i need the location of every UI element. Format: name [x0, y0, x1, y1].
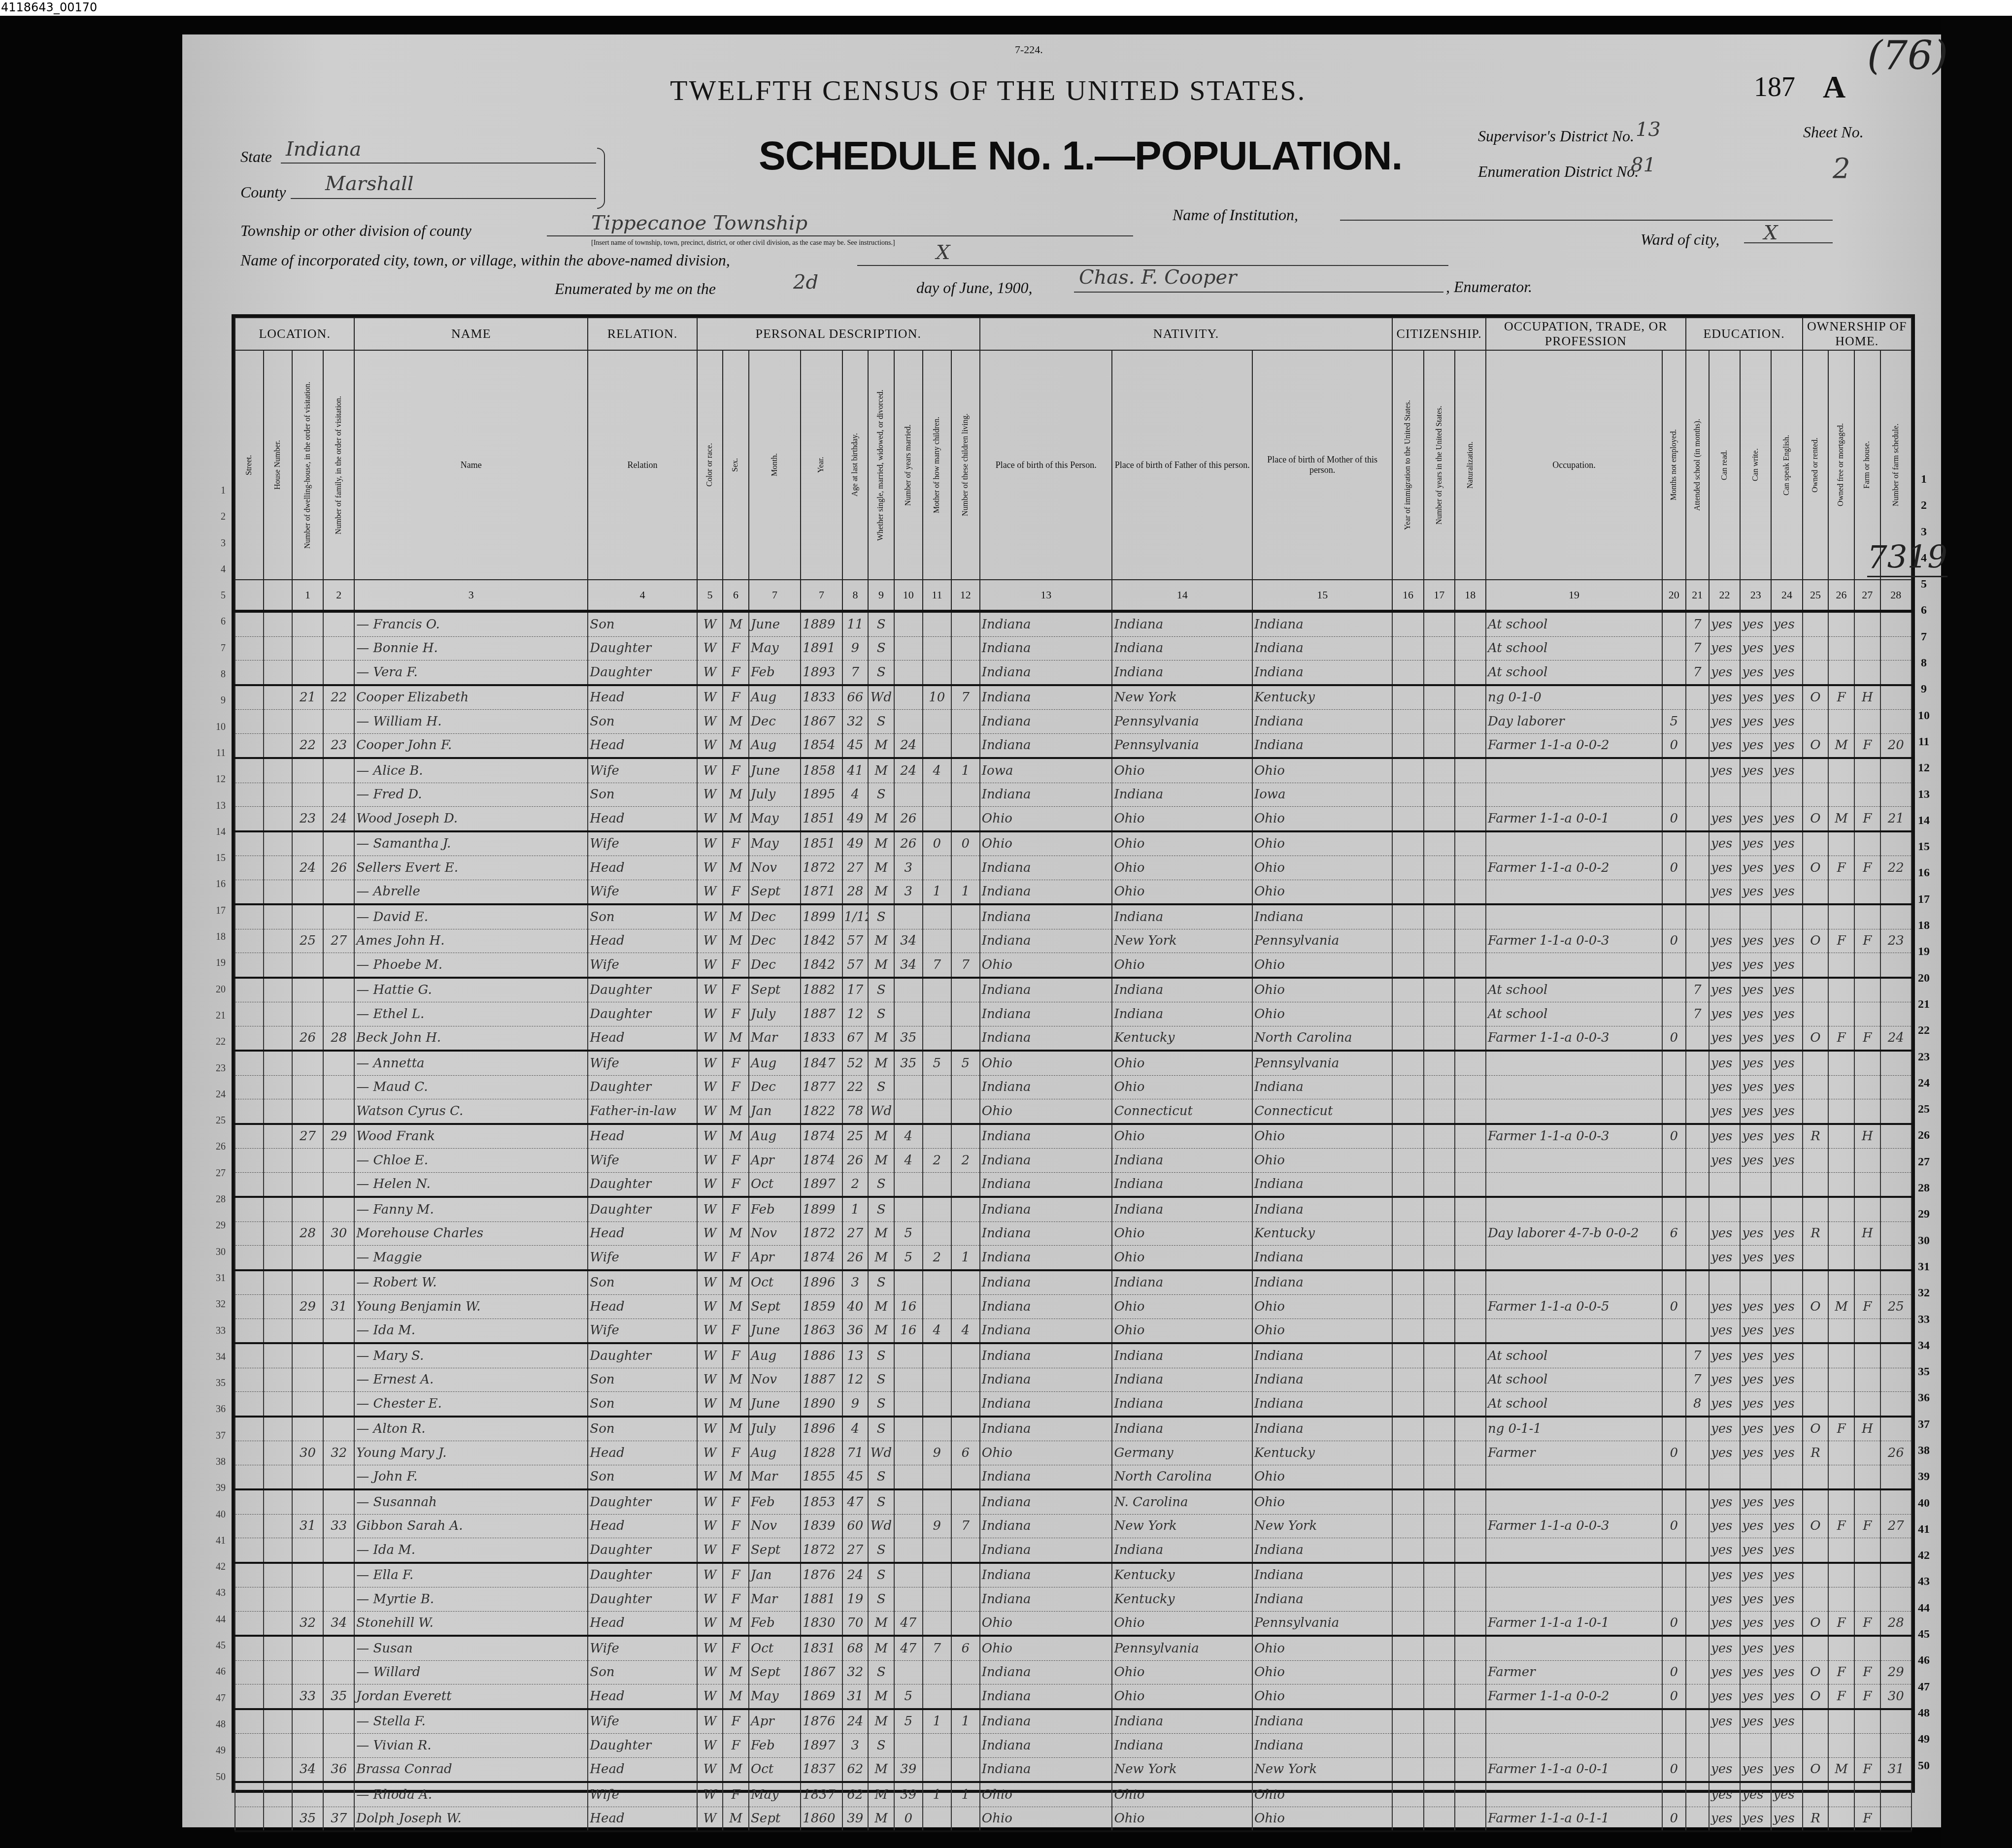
- cell-name: Wood Joseph D.: [354, 807, 588, 831]
- cell-une: 0: [1662, 1660, 1685, 1684]
- cell-une: [1662, 636, 1685, 660]
- cell-mc: [923, 660, 951, 685]
- cell-wr: yes: [1740, 831, 1771, 856]
- line-number: 38: [206, 1456, 226, 1483]
- cell-occ: At school: [1486, 611, 1662, 636]
- table-row: — Myrtie B.DaughterWFMar188119SIndianaKe…: [235, 1587, 1911, 1612]
- cell-rd: yes: [1709, 1684, 1740, 1709]
- cell-en: yes: [1771, 733, 1802, 758]
- cell-ms: M: [868, 1149, 894, 1173]
- cell-ms: S: [868, 1343, 894, 1368]
- cell-empty: [1455, 1417, 1486, 1441]
- cell-sex: M: [723, 710, 749, 734]
- cell-empty: [235, 611, 264, 636]
- cell-empty: [1424, 1392, 1455, 1417]
- line-number: 6: [1911, 604, 1936, 630]
- cell-empty: [235, 1343, 264, 1368]
- cell-mc: [923, 1660, 951, 1684]
- cell-wr: yes: [1740, 1368, 1771, 1392]
- cell-name: Stonehill W.: [354, 1611, 588, 1636]
- cell-empty: [1455, 685, 1486, 710]
- cell-rd: yes: [1709, 1246, 1740, 1270]
- cell-sch: [1686, 807, 1709, 831]
- line-number: 19: [206, 957, 226, 984]
- cell-occ: [1486, 1734, 1662, 1758]
- cell-fs: [1880, 636, 1911, 660]
- cell-age: 3: [842, 1270, 869, 1295]
- cell-rel: Daughter: [588, 1538, 697, 1563]
- cell-empty: [1424, 733, 1455, 758]
- cell-fs: [1880, 978, 1911, 1002]
- cell-race: W: [697, 1587, 723, 1612]
- line-number: 21: [206, 1010, 226, 1036]
- column-header: Naturalization.: [1455, 350, 1486, 580]
- cell-sex: M: [723, 1099, 749, 1124]
- enumerator-name: Chas. F. Cooper: [1079, 266, 1237, 289]
- cell-fs: [1880, 1149, 1911, 1173]
- cell-age: 45: [842, 733, 869, 758]
- cell-yr: 1833: [801, 1026, 842, 1051]
- cell-pob: Indiana: [980, 1026, 1112, 1051]
- cell-mort: [1828, 1392, 1854, 1417]
- cell-fh: F: [1854, 1684, 1880, 1709]
- cell-cl: [951, 1417, 980, 1441]
- cell-empty: [1455, 1489, 1486, 1514]
- cell-fpob: Ohio: [1112, 807, 1252, 831]
- line-number: 10: [206, 722, 226, 748]
- cell-mpob: Indiana: [1252, 1075, 1392, 1099]
- cell-occ: Farmer 1-1-a 0-0-3: [1486, 929, 1662, 953]
- cell-une: [1662, 831, 1685, 856]
- cell-ym: [894, 783, 923, 807]
- cell-empty: [264, 1368, 292, 1392]
- schedule-title: SCHEDULE No. 1.—POPULATION.: [759, 133, 1402, 179]
- cell-fh: [1854, 1392, 1880, 1417]
- cell-fpob: Ohio: [1112, 1319, 1252, 1343]
- cell-own: [1803, 904, 1829, 929]
- cell-ym: [894, 611, 923, 636]
- cell-mc: 1: [923, 880, 951, 904]
- cell-age: 67: [842, 1026, 869, 1051]
- cell-empty: [264, 1295, 292, 1319]
- cell-mort: F: [1828, 1684, 1854, 1709]
- cell-cl: 6: [951, 1441, 980, 1465]
- cell-fs: 25: [1880, 1295, 1911, 1319]
- cell-empty: [235, 1757, 264, 1782]
- cell-mon: Apr: [749, 1149, 801, 1173]
- cell-une: [1662, 1051, 1685, 1075]
- cell-race: W: [697, 783, 723, 807]
- cell-une: 0: [1662, 929, 1685, 953]
- cell-mc: [923, 1392, 951, 1417]
- cell-rel: Head: [588, 1221, 697, 1246]
- table-row: 2426Sellers Evert E.HeadWMNov187227M3Ind…: [235, 856, 1911, 880]
- cell-mpob: Ohio: [1252, 880, 1392, 904]
- cell-empty: [1392, 880, 1423, 904]
- line-number: 20: [206, 984, 226, 1010]
- cell-occ: [1486, 1636, 1662, 1660]
- cell-wr: yes: [1740, 1636, 1771, 1660]
- column-number: 22: [1709, 580, 1740, 611]
- cell-empty: [235, 929, 264, 953]
- cell-une: 0: [1662, 1026, 1685, 1051]
- cell-rel: Wife: [588, 1636, 697, 1660]
- cell-race: W: [697, 1149, 723, 1173]
- cell-en: yes: [1771, 1075, 1802, 1099]
- cell-rel: Head: [588, 685, 697, 710]
- cell-une: [1662, 1392, 1685, 1417]
- cell-mc: [923, 1343, 951, 1368]
- cell-name: — Fanny M.: [354, 1197, 588, 1221]
- ward-line: [1744, 242, 1833, 243]
- cell-mon: May: [749, 636, 801, 660]
- cell-fpob: Connecticut: [1112, 1099, 1252, 1124]
- cell-own: O: [1803, 1684, 1829, 1709]
- cell-pob: Indiana: [980, 1149, 1112, 1173]
- cell-fs: [1880, 1563, 1911, 1587]
- line-number: 26: [206, 1141, 226, 1167]
- cell-empty: [1424, 1757, 1455, 1782]
- cell-empty: [235, 1051, 264, 1075]
- column-number: 20: [1662, 580, 1685, 611]
- cell-fpob: Indiana: [1112, 611, 1252, 636]
- cell-mon: Oct: [749, 1636, 801, 1660]
- table-row: — MaggieWifeWFApr187426M521IndianaOhioIn…: [235, 1246, 1911, 1270]
- column-header: Place of birth of this Person.: [980, 350, 1112, 580]
- cell-rel: Head: [588, 1684, 697, 1709]
- cell-une: [1662, 1417, 1685, 1441]
- cell-fs: [1880, 880, 1911, 904]
- cell-yr: 1896: [801, 1417, 842, 1441]
- cell-rel: Wife: [588, 1246, 697, 1270]
- cell-dw: [292, 1587, 323, 1612]
- cell-wr: yes: [1740, 660, 1771, 685]
- cell-une: 0: [1662, 1124, 1685, 1149]
- cell-une: [1662, 904, 1685, 929]
- column-header: Relation: [588, 350, 697, 580]
- cell-name: — Abrelle: [354, 880, 588, 904]
- group-personal: PERSONAL DESCRIPTION.: [697, 318, 980, 350]
- cell-sex: F: [723, 1734, 749, 1758]
- cell-mpob: Ohio: [1252, 1782, 1392, 1807]
- cell-ym: 5: [894, 1684, 923, 1709]
- cell-own: O: [1803, 1514, 1829, 1538]
- cell-empty: [264, 1514, 292, 1538]
- table-row: — Vivian R.DaughterWFFeb18973SIndianaInd…: [235, 1734, 1911, 1758]
- cell-yr: 1872: [801, 1538, 842, 1563]
- cell-own: [1803, 1172, 1829, 1197]
- cell-empty: [264, 1197, 292, 1221]
- cell-une: [1662, 1587, 1685, 1612]
- cell-mpob: Pennsylvania: [1252, 1051, 1392, 1075]
- cell-fpob: Ohio: [1112, 1807, 1252, 1831]
- cell-mc: [923, 1417, 951, 1441]
- cell-occ: [1486, 1051, 1662, 1075]
- cell-ms: M: [868, 1807, 894, 1831]
- cell-sch: [1686, 1465, 1709, 1489]
- cell-empty: [235, 1782, 264, 1807]
- cell-rel: Wife: [588, 1709, 697, 1734]
- cell-cl: [951, 904, 980, 929]
- table-row: — Alton R.SonWMJuly18964SIndianaIndianaI…: [235, 1417, 1911, 1441]
- cell-cl: [951, 1684, 980, 1709]
- cell-empty: [1424, 1489, 1455, 1514]
- cell-occ: Farmer 1-1-a 0-0-3: [1486, 1514, 1662, 1538]
- cell-mpob: Ohio: [1252, 953, 1392, 978]
- cell-rd: yes: [1709, 1124, 1740, 1149]
- cell-rel: Son: [588, 710, 697, 734]
- cell-mpob: Indiana: [1252, 611, 1392, 636]
- cell-fpob: Indiana: [1112, 1734, 1252, 1758]
- cell-fpob: Pennsylvania: [1112, 1636, 1252, 1660]
- line-number: 16: [206, 879, 226, 905]
- cell-ms: S: [868, 1465, 894, 1489]
- cell-dw: [292, 1172, 323, 1197]
- cell-dw: [292, 1734, 323, 1758]
- cell-rel: Wife: [588, 758, 697, 783]
- cell-yr: 1842: [801, 929, 842, 953]
- cell-fpob: New York: [1112, 685, 1252, 710]
- cell-fam: 26: [323, 856, 354, 880]
- population-table: LOCATION. NAME RELATION. PERSONAL DESCRI…: [232, 314, 1915, 1793]
- cell-empty: [264, 1124, 292, 1149]
- cell-age: 52: [842, 1051, 869, 1075]
- cell-ym: 35: [894, 1051, 923, 1075]
- cell-name: Young Mary J.: [354, 1441, 588, 1465]
- cell-sch: 7: [1686, 978, 1709, 1002]
- cell-sex: F: [723, 978, 749, 1002]
- cell-age: 12: [842, 1368, 869, 1392]
- cell-dw: [292, 1075, 323, 1099]
- table-row: 2830Morehouse CharlesHeadWMNov187227M5In…: [235, 1221, 1911, 1246]
- cell-name: Jordan Everett: [354, 1684, 588, 1709]
- cell-pob: Ohio: [980, 1636, 1112, 1660]
- cell-rd: yes: [1709, 1075, 1740, 1099]
- cell-sch: [1686, 1807, 1709, 1831]
- cell-yr: 1887: [801, 1368, 842, 1392]
- cell-name: — Maggie: [354, 1246, 588, 1270]
- cell-fam: 35: [323, 1684, 354, 1709]
- cell-fam: [323, 636, 354, 660]
- cell-empty: [235, 1417, 264, 1441]
- cell-empty: [1424, 904, 1455, 929]
- cell-mc: 2: [923, 1246, 951, 1270]
- cell-sex: M: [723, 1221, 749, 1246]
- cell-own: [1803, 1075, 1829, 1099]
- cell-mort: M: [1828, 807, 1854, 831]
- cell-empty: [235, 1221, 264, 1246]
- cell-own: [1803, 1636, 1829, 1660]
- cell-mon: Dec: [749, 904, 801, 929]
- cell-race: W: [697, 1684, 723, 1709]
- cell-own: [1803, 660, 1829, 685]
- cell-empty: [264, 1075, 292, 1099]
- cell-rd: yes: [1709, 1343, 1740, 1368]
- cell-fpob: Ohio: [1112, 758, 1252, 783]
- cell-en: yes: [1771, 1295, 1802, 1319]
- cell-mpob: Ohio: [1252, 1465, 1392, 1489]
- cell-empty: [264, 783, 292, 807]
- cell-mon: Sept: [749, 978, 801, 1002]
- cell-fam: [323, 660, 354, 685]
- cell-rel: Daughter: [588, 1075, 697, 1099]
- cell-ms: M: [868, 1221, 894, 1246]
- cell-dw: [292, 611, 323, 636]
- cell-ym: [894, 1417, 923, 1441]
- cell-name: — Helen N.: [354, 1172, 588, 1197]
- cell-empty: [1392, 1368, 1423, 1392]
- cell-occ: Farmer 1-1-a 0-0-2: [1486, 1684, 1662, 1709]
- line-number: 26: [1911, 1129, 1936, 1155]
- column-number: 15: [1252, 580, 1392, 611]
- cell-ym: 39: [894, 1782, 923, 1807]
- column-number: 10: [894, 580, 923, 611]
- cell-empty: [235, 953, 264, 978]
- cell-empty: [1455, 1051, 1486, 1075]
- line-number: 22: [1911, 1024, 1936, 1050]
- column-number: [264, 580, 292, 611]
- cell-rel: Daughter: [588, 1002, 697, 1026]
- line-number: 29: [1911, 1208, 1936, 1234]
- line-number: 31: [1911, 1260, 1936, 1287]
- cell-en: yes: [1771, 710, 1802, 734]
- cell-pob: Ohio: [980, 953, 1112, 978]
- line-number: 25: [1911, 1103, 1936, 1129]
- table-row: 2223Cooper John F.HeadWMAug185445M24Indi…: [235, 733, 1911, 758]
- cell-ym: [894, 1465, 923, 1489]
- cell-mon: Nov: [749, 856, 801, 880]
- cell-age: 9: [842, 1392, 869, 1417]
- cell-fpob: Indiana: [1112, 1002, 1252, 1026]
- table-row: 2324Wood Joseph D.HeadWMMay185149M26Ohio…: [235, 807, 1911, 831]
- cell-fam: [323, 1149, 354, 1173]
- line-number: 15: [1911, 840, 1936, 866]
- cell-fs: [1880, 1172, 1911, 1197]
- cell-en: [1771, 904, 1802, 929]
- cell-age: 32: [842, 1660, 869, 1684]
- cell-fam: 30: [323, 1221, 354, 1246]
- township-label: Township or other division of county: [240, 222, 471, 240]
- cell-sex: M: [723, 1684, 749, 1709]
- cell-race: W: [697, 831, 723, 856]
- cell-fs: 21: [1880, 807, 1911, 831]
- cell-name: — Rhoda A.: [354, 1782, 588, 1807]
- line-number: 12: [206, 774, 226, 800]
- table-row: — Fanny M.DaughterWFFeb18991SIndianaIndi…: [235, 1197, 1911, 1221]
- cell-sch: [1686, 783, 1709, 807]
- cell-mon: Sept: [749, 1807, 801, 1831]
- cell-sch: [1686, 1319, 1709, 1343]
- cell-fam: 27: [323, 929, 354, 953]
- cell-mon: Oct: [749, 1172, 801, 1197]
- cell-fs: [1880, 1221, 1911, 1246]
- cell-ms: Wd: [868, 1099, 894, 1124]
- cell-empty: [1424, 1441, 1455, 1465]
- census-title: TWELFTH CENSUS OF THE UNITED STATES.: [670, 74, 1306, 107]
- cell-empty: [1424, 929, 1455, 953]
- cell-yr: 1860: [801, 1807, 842, 1831]
- cell-rel: Daughter: [588, 1734, 697, 1758]
- table-row: — Ida M.WifeWFJune186336M1644IndianaOhio…: [235, 1319, 1911, 1343]
- cell-own: [1803, 1368, 1829, 1392]
- cell-empty: [1455, 807, 1486, 831]
- cell-pob: Indiana: [980, 1734, 1112, 1758]
- cell-mc: [923, 1197, 951, 1221]
- cell-rel: Daughter: [588, 1489, 697, 1514]
- cell-name: — Alice B.: [354, 758, 588, 783]
- cell-fs: [1880, 660, 1911, 685]
- cell-sch: [1686, 1149, 1709, 1173]
- cell-empty: [264, 1343, 292, 1368]
- cell-en: [1771, 1197, 1802, 1221]
- cell-ym: [894, 1514, 923, 1538]
- cell-empty: [1424, 1221, 1455, 1246]
- cell-ms: S: [868, 904, 894, 929]
- cell-ym: 35: [894, 1026, 923, 1051]
- cell-mort: [1828, 1221, 1854, 1246]
- cell-en: yes: [1771, 1709, 1802, 1734]
- cell-sch: [1686, 1782, 1709, 1807]
- cell-empty: [1392, 1465, 1423, 1489]
- cell-own: O: [1803, 1757, 1829, 1782]
- cell-sch: [1686, 1075, 1709, 1099]
- cell-mon: Aug: [749, 1051, 801, 1075]
- cell-fh: F: [1854, 1295, 1880, 1319]
- cell-cl: [951, 1660, 980, 1684]
- line-number: 18: [206, 931, 226, 957]
- cell-mpob: Ohio: [1252, 1319, 1392, 1343]
- line-number: 45: [1911, 1628, 1936, 1654]
- cell-mon: Mar: [749, 1026, 801, 1051]
- cell-empty: [235, 685, 264, 710]
- cell-fpob: Ohio: [1112, 1075, 1252, 1099]
- cell-empty: [1455, 856, 1486, 880]
- cell-name: — Susan: [354, 1636, 588, 1660]
- cell-wr: yes: [1740, 1392, 1771, 1417]
- cell-own: [1803, 1246, 1829, 1270]
- cell-rel: Head: [588, 1026, 697, 1051]
- cell-une: 0: [1662, 1514, 1685, 1538]
- cell-own: [1803, 1489, 1829, 1514]
- cell-fh: [1854, 1099, 1880, 1124]
- cell-pob: Indiana: [980, 1465, 1112, 1489]
- cell-occ: [1486, 953, 1662, 978]
- cell-mon: Sept: [749, 1295, 801, 1319]
- cell-rd: [1709, 1465, 1740, 1489]
- cell-race: W: [697, 1538, 723, 1563]
- cell-fh: [1854, 831, 1880, 856]
- cell-fam: [323, 611, 354, 636]
- cell-sex: F: [723, 1636, 749, 1660]
- cell-wr: yes: [1740, 1124, 1771, 1149]
- cell-age: 60: [842, 1514, 869, 1538]
- cell-dw: 23: [292, 807, 323, 831]
- cell-cl: 1: [951, 880, 980, 904]
- cell-dw: 33: [292, 1684, 323, 1709]
- cell-dw: [292, 710, 323, 734]
- cell-rel: Daughter: [588, 1172, 697, 1197]
- cell-sch: [1686, 1246, 1709, 1270]
- cell-sch: [1686, 1051, 1709, 1075]
- cell-rd: yes: [1709, 1026, 1740, 1051]
- line-number: 28: [1911, 1182, 1936, 1208]
- cell-fh: [1854, 1197, 1880, 1221]
- cell-own: [1803, 758, 1829, 783]
- cell-ym: 39: [894, 1757, 923, 1782]
- cell-empty: [1392, 783, 1423, 807]
- cell-empty: [1455, 1172, 1486, 1197]
- cell-cl: [951, 1099, 980, 1124]
